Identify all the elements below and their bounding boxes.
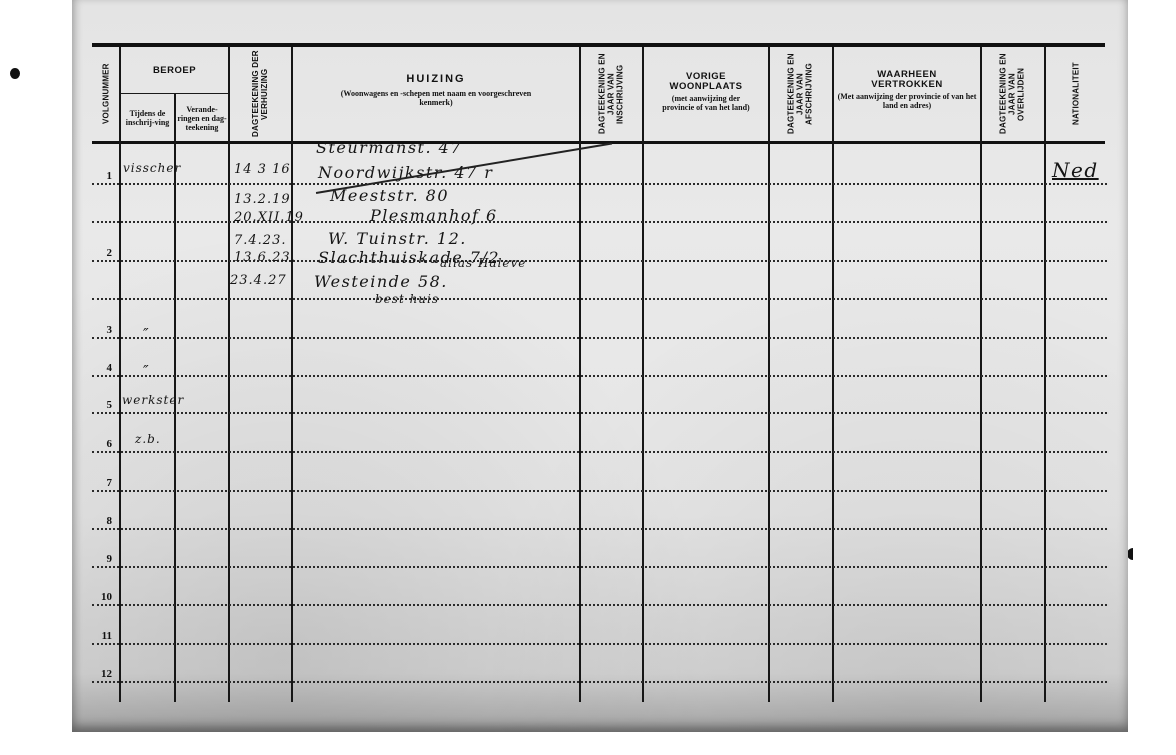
row-line-5 bbox=[92, 412, 1107, 414]
move-date-7: 23.4.27 bbox=[230, 273, 287, 288]
row-number-9: 9 bbox=[88, 553, 112, 565]
move-date-3: 13.2.19 bbox=[234, 192, 291, 207]
row-number-10: 10 bbox=[88, 591, 112, 603]
header-huizing: HUIZING (Woonwagens en -schepen met naam… bbox=[293, 60, 579, 120]
address-1: Steurmanst. 47 bbox=[316, 138, 462, 157]
header-volgnummer: VOLGNUMMER bbox=[96, 48, 116, 140]
address-4: Plesmanhof 6 bbox=[370, 206, 498, 225]
row-number-7: 7 bbox=[88, 477, 112, 489]
row-line-12 bbox=[92, 681, 1107, 683]
beroep-row6: z.b. bbox=[135, 432, 161, 446]
header-bottom-rule bbox=[92, 141, 1105, 144]
move-date-5: 7.4.23. bbox=[234, 233, 286, 248]
row-line-1 bbox=[92, 183, 1107, 185]
beroep-sub2-label: Verande-ringen en dag-teekening bbox=[176, 105, 228, 132]
address-7: Westeinde 58. bbox=[314, 272, 448, 291]
row-line-8 bbox=[92, 528, 1107, 530]
huizing-title: HUIZING bbox=[406, 73, 465, 85]
row-line-7 bbox=[92, 490, 1107, 492]
punch-hole-left bbox=[10, 68, 20, 79]
header-dagteekening-verhuizing: DAGTEEKENING DER VERHUIZING bbox=[232, 48, 288, 140]
beroep-row1: visscher bbox=[123, 161, 181, 175]
header-dagteekening-overlijden: DAGTEEKENING EN JAAR VAN OVERLIJDEN bbox=[984, 48, 1040, 140]
vorige-subtitle: (met aanwijzing der provincie of van het… bbox=[659, 94, 754, 112]
row-line-6 bbox=[92, 451, 1107, 453]
header-beroep-inschrijving: Tijdens de inschrij-ving bbox=[121, 95, 174, 141]
row-number-8: 8 bbox=[88, 515, 112, 527]
beroep-row5: werkster bbox=[122, 393, 184, 407]
address-3: Meeststr. 80 bbox=[330, 186, 449, 205]
beroep-row3: ″ bbox=[143, 325, 150, 343]
vorige-title: VORIGE WOONPLAATS bbox=[661, 72, 751, 92]
row-line-10 bbox=[92, 604, 1107, 606]
row-number-1: 1 bbox=[88, 170, 112, 182]
row-number-5: 5 bbox=[88, 399, 112, 411]
row-number-4: 4 bbox=[88, 362, 112, 374]
header-nationaliteit: NATIONALITEIT bbox=[1048, 48, 1104, 140]
row-number-12: 12 bbox=[88, 668, 112, 680]
header-top-rule bbox=[92, 43, 1105, 47]
row-line-11 bbox=[92, 643, 1107, 645]
move-date-1: 14 3 16 bbox=[234, 162, 291, 177]
row-number-3: 3 bbox=[88, 324, 112, 336]
row-number-6: 6 bbox=[88, 438, 112, 450]
beroep-label: BEROEP bbox=[153, 66, 196, 76]
beroep-row4: ″ bbox=[143, 362, 150, 380]
nationaliteit-value: Ned bbox=[1052, 158, 1099, 182]
header-beroep: BEROEP bbox=[121, 48, 228, 93]
row-number-2: 2 bbox=[88, 247, 112, 259]
row-line-2b bbox=[92, 298, 1107, 300]
note-alias: alias Haleve bbox=[440, 256, 526, 270]
header-dagteekening-inschrijving: DAGTEEKENING EN JAAR VAN INSCHRIJVING bbox=[583, 48, 639, 140]
header-waarheen-vertrokken: WAARHEEN VERTROKKEN (Met aanwijzing der … bbox=[834, 60, 980, 120]
huizing-subtitle: (Woonwagens en -schepen met naam en voor… bbox=[336, 89, 536, 107]
waarheen-title: WAARHEEN VERTROKKEN bbox=[857, 70, 957, 90]
beroep-sub1-label: Tijdens de inschrij-ving bbox=[121, 109, 174, 127]
address-5: W. Tuinstr. 12. bbox=[328, 229, 467, 248]
move-date-6: 13.6.23. bbox=[234, 250, 296, 265]
header-beroep-veranderingen: Verande-ringen en dag-teekening bbox=[176, 95, 228, 141]
row-line-3 bbox=[92, 337, 1107, 339]
move-date-4: 20.XII.19 bbox=[234, 210, 304, 225]
note-best-huis: best huis bbox=[375, 292, 439, 306]
header-vorige-woonplaats: VORIGE WOONPLAATS (met aanwijzing der pr… bbox=[644, 62, 768, 122]
header-dagteekening-afschrijving: DAGTEEKENING EN JAAR VAN AFSCHRIJVING bbox=[772, 48, 828, 140]
waarheen-subtitle: (Met aanwijzing der provincie of van het… bbox=[837, 92, 977, 110]
row-line-9 bbox=[92, 566, 1107, 568]
row-line-4 bbox=[92, 375, 1107, 377]
row-number-11: 11 bbox=[88, 630, 112, 642]
